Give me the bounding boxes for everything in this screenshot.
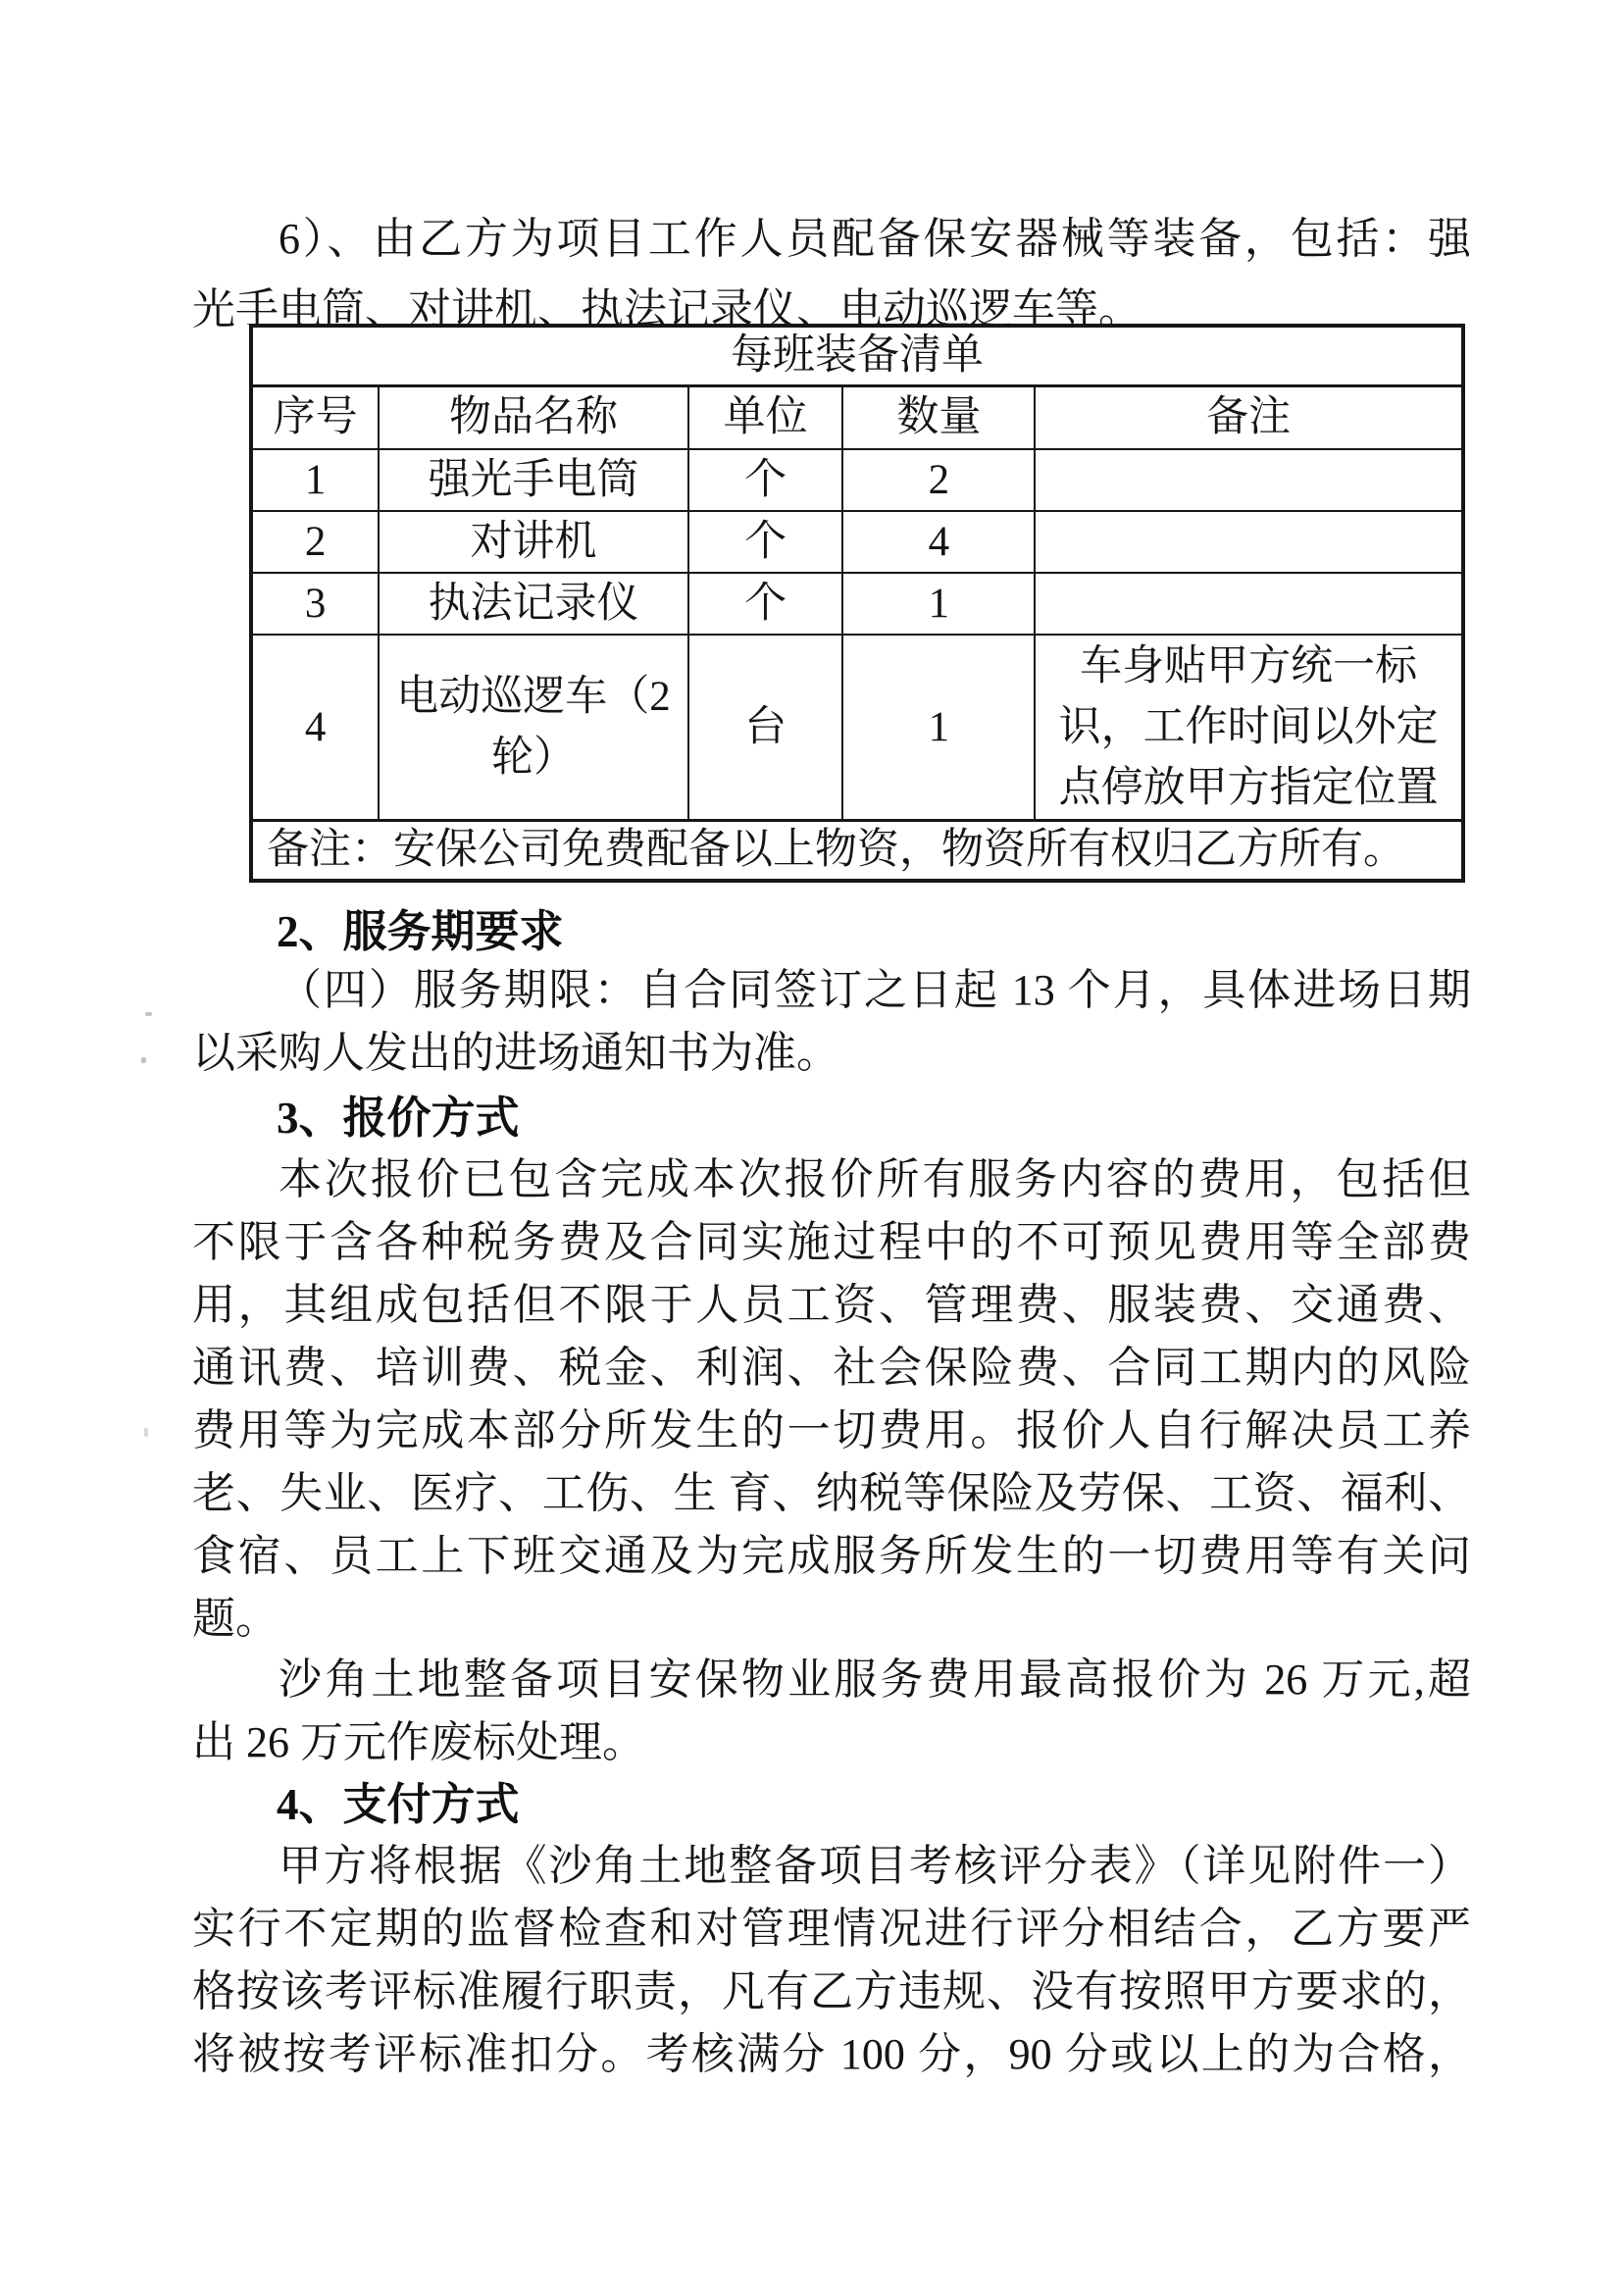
table-header-row: 序号 物品名称 单位 数量 备注 xyxy=(253,387,1461,450)
cell-remark xyxy=(1036,512,1461,572)
cell-item-name: 执法记录仪 xyxy=(380,574,688,634)
text-line: 题。 xyxy=(192,1588,1471,1651)
text-line: 本次报价已包含完成本次报价所有服务内容的费用，包括但 xyxy=(192,1148,1471,1211)
text-line: 不限于含各种税务费及合同实施过程中的不可预见费用等全部费 xyxy=(192,1211,1471,1274)
section-heading-2: 2、服务期要求 xyxy=(277,900,564,963)
cell-item-name: 电动巡逻车（2 轮） xyxy=(380,636,688,819)
text-line: 出 26 万元作废标处理。 xyxy=(192,1711,1471,1774)
column-header-name: 物品名称 xyxy=(380,387,688,448)
cell-seq: 3 xyxy=(253,574,380,634)
equipment-table: 每班装备清单 序号 物品名称 单位 数量 备注 1 强光手电筒 个 2 2 对讲… xyxy=(249,324,1465,883)
column-header-unit: 单位 xyxy=(689,387,844,448)
column-header-qty: 数量 xyxy=(843,387,1036,448)
table-note: 备注：安保公司免费配备以上物资，物资所有权归乙方所有。 xyxy=(253,822,1461,879)
cell-item-name: 对讲机 xyxy=(380,512,688,572)
cell-unit: 个 xyxy=(689,512,844,572)
table-row: 2 对讲机 个 4 xyxy=(253,512,1461,574)
table-note-row: 备注：安保公司免费配备以上物资，物资所有权归乙方所有。 xyxy=(253,822,1461,879)
cell-unit: 个 xyxy=(689,574,844,634)
section4-paragraph: 甲方将根据《沙角土地整备项目考核评分表》（详见附件一） 实行不定期的监督检查和对… xyxy=(192,1835,1471,2086)
text-line: 老、失业、医疗、工伤、生 育、纳税等保险及劳保、工资、福利、 xyxy=(192,1462,1471,1525)
section2-paragraph: （四）服务期限：自合同签订之日起 13 个月，具体进场日期 以采购人发出的进场通… xyxy=(192,959,1471,1085)
section-heading-4: 4、支付方式 xyxy=(277,1773,520,1836)
cell-qty: 1 xyxy=(843,636,1036,819)
cell-item-name: 强光手电筒 xyxy=(380,450,688,510)
text-line: 费用等为完成本部分所发生的一切费用。报价人自行解决员工养 xyxy=(192,1400,1471,1462)
text-line: 食宿、员工上下班交通及为完成服务所发生的一切费用等有关问 xyxy=(192,1525,1471,1588)
table-title: 每班装备清单 xyxy=(253,328,1461,384)
text-line: 沙角土地整备项目安保物业服务费用最高报价为 26 万元,超 xyxy=(192,1649,1471,1711)
text-line: 将被按考评标准扣分。考核满分 100 分，90 分或以上的为合格， xyxy=(192,2023,1471,2086)
text-line: （四）服务期限：自合同签订之日起 13 个月，具体进场日期 xyxy=(192,959,1471,1022)
cell-unit: 台 xyxy=(689,636,844,819)
cell-remark xyxy=(1036,574,1461,634)
column-header-seq: 序号 xyxy=(253,387,380,448)
cell-seq: 2 xyxy=(253,512,380,572)
section-heading-3: 3、报价方式 xyxy=(277,1087,520,1149)
column-header-remark: 备注 xyxy=(1036,387,1461,448)
cell-remark: 车身贴甲方统一标 识，工作时间以外定 点停放甲方指定位置 xyxy=(1036,636,1461,819)
text-line: 格按该考评标准履行职责，凡有乙方违规、没有按照甲方要求的， xyxy=(192,1961,1471,2023)
text-line: 甲方将根据《沙角土地整备项目考核评分表》（详见附件一） xyxy=(192,1835,1471,1898)
cell-seq: 4 xyxy=(253,636,380,819)
cell-unit: 个 xyxy=(689,450,844,510)
section3-paragraph-1: 本次报价已包含完成本次报价所有服务内容的费用，包括但 不限于含各种税务费及合同实… xyxy=(192,1148,1471,1651)
scanned-document-page: 6）、由乙方为项目工作人员配备保安器械等装备，包括：强 光手电筒、对讲机、执法记… xyxy=(0,0,1624,2293)
scan-speck xyxy=(145,1012,152,1016)
cell-remark xyxy=(1036,450,1461,510)
table-row: 4 电动巡逻车（2 轮） 台 1 车身贴甲方统一标 识，工作时间以外定 点停放甲… xyxy=(253,636,1461,822)
section3-paragraph-2: 沙角土地整备项目安保物业服务费用最高报价为 26 万元,超 出 26 万元作废标… xyxy=(192,1649,1471,1774)
table-row: 1 强光手电筒 个 2 xyxy=(253,450,1461,512)
text-line: 通讯费、培训费、税金、利润、社会保险费、合同工期内的风险 xyxy=(192,1337,1471,1400)
scan-speck xyxy=(144,1428,148,1437)
cell-seq: 1 xyxy=(253,450,380,510)
text-line: 用，其组成包括但不限于人员工资、管理费、服装费、交通费、 xyxy=(192,1274,1471,1337)
text-line: 以采购人发出的进场通知书为准。 xyxy=(192,1022,1471,1085)
cell-qty: 2 xyxy=(843,450,1036,510)
table-row: 3 执法记录仪 个 1 xyxy=(253,574,1461,636)
cell-qty: 4 xyxy=(843,512,1036,572)
cell-qty: 1 xyxy=(843,574,1036,634)
text-line: 6）、由乙方为项目工作人员配备保安器械等装备，包括：强 xyxy=(192,204,1471,275)
text-line: 实行不定期的监督检查和对管理情况进行评分相结合，乙方要严 xyxy=(192,1898,1471,1961)
scan-speck xyxy=(141,1057,146,1063)
table-title-row: 每班装备清单 xyxy=(253,328,1461,387)
